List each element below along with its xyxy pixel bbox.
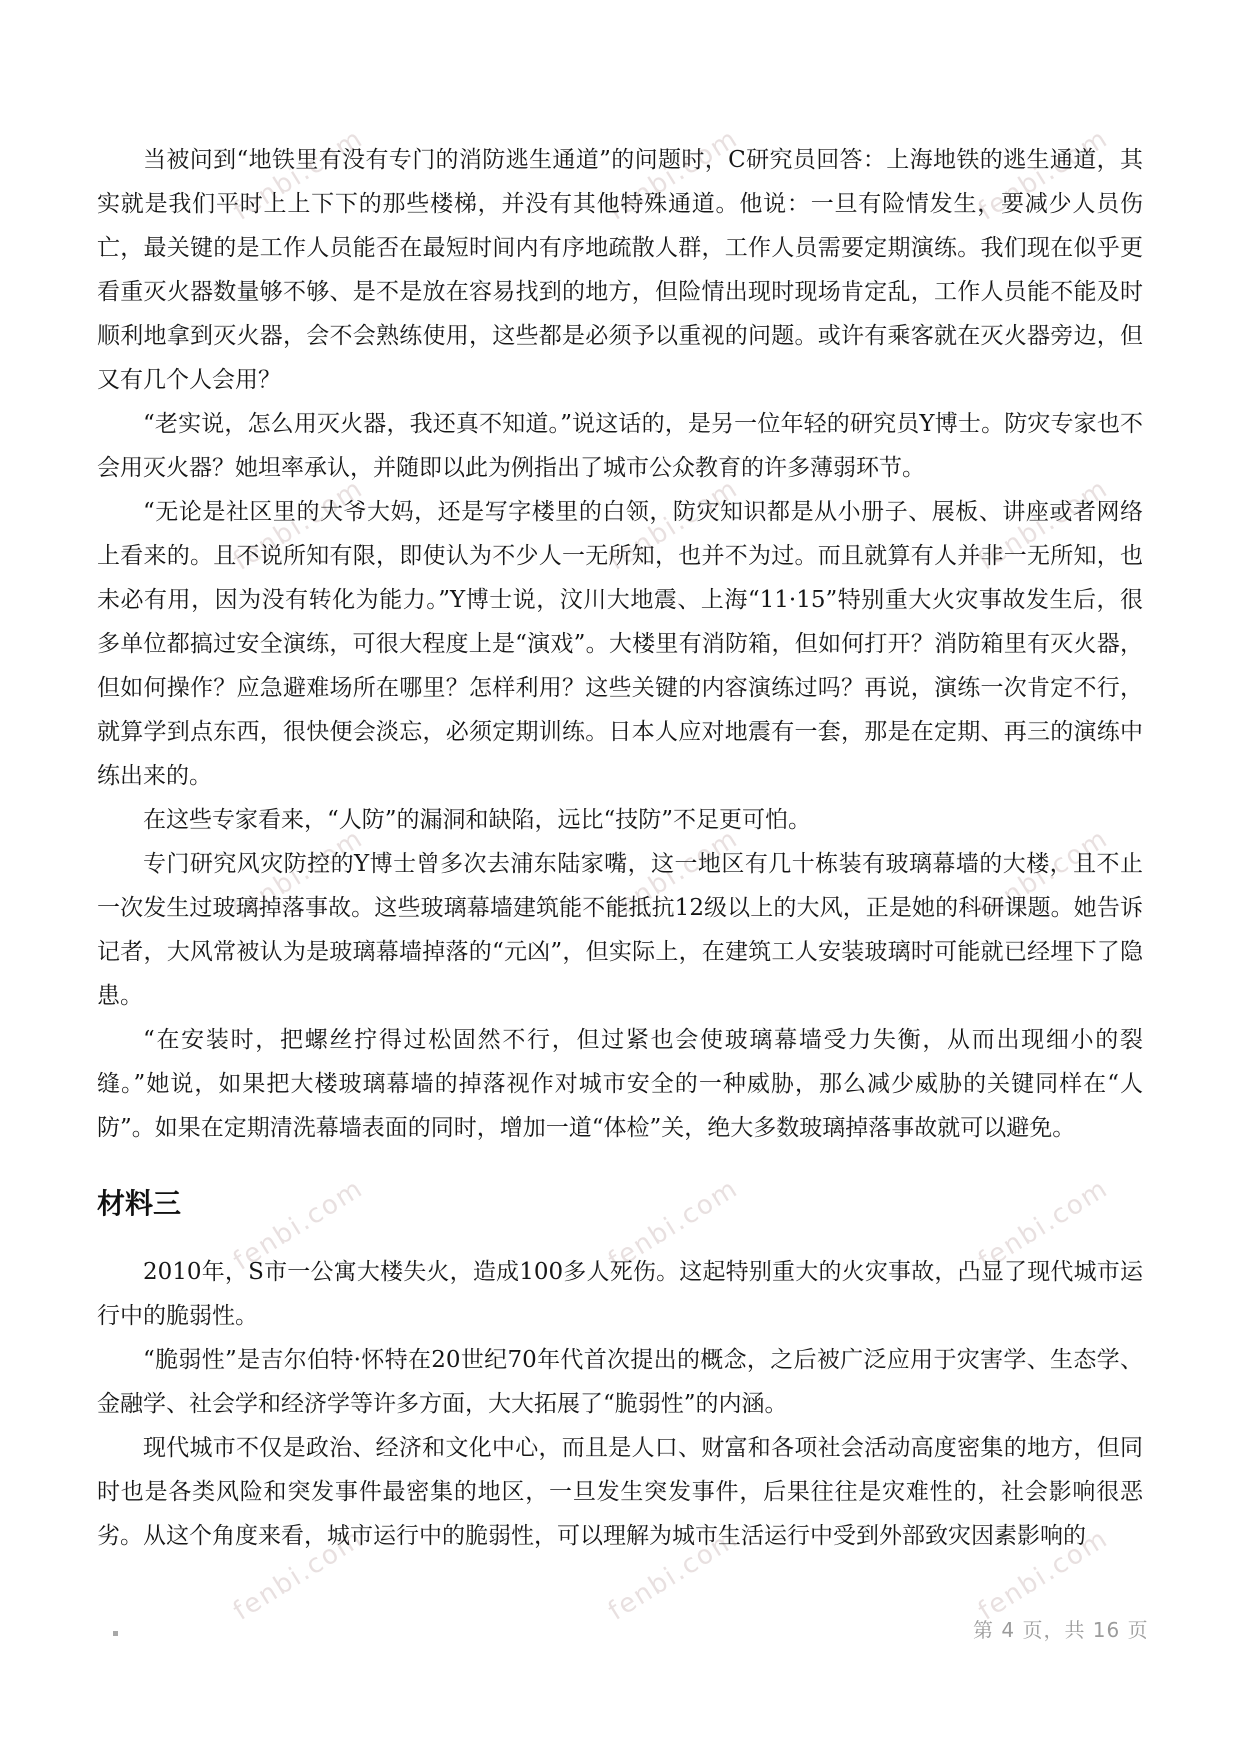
material-two-paragraphs: 当被问到“地铁里有没有专门的消防逃生通道”的问题时，C研究员回答：上海地铁的逃生… [97,138,1143,1150]
page-number: 第 4 页，共 16 页 [973,1616,1149,1644]
material-three-heading: 材料三 [97,1184,1143,1224]
footer-dot [113,1631,118,1636]
paragraph: 2010年，S市一公寓大楼失火，造成100多人死伤。这起特别重大的火灾事故，凸显… [97,1250,1143,1338]
paragraph: 在这些专家看来，“人防”的漏洞和缺陷，远比“技防”不足更可怕。 [97,798,1143,842]
paragraph: 专门研究风灾防控的Y博士曾多次去浦东陆家嘴，这一地区有几十栋装有玻璃幕墙的大楼，… [97,842,1143,1018]
document-content: 当被问到“地铁里有没有专门的消防逃生通道”的问题时，C研究员回答：上海地铁的逃生… [97,138,1143,1558]
paragraph: 当被问到“地铁里有没有专门的消防逃生通道”的问题时，C研究员回答：上海地铁的逃生… [97,138,1143,402]
document-page: fenbi.comfenbi.comfenbi.comfenbi.comfenb… [0,0,1240,1754]
paragraph: “在安装时，把螺丝拧得过松固然不行，但过紧也会使玻璃幕墙受力失衡，从而出现细小的… [97,1018,1143,1150]
paragraph: “老实说，怎么用灭火器，我还真不知道。”说这话的，是另一位年轻的研究员Y博士。防… [97,402,1143,490]
paragraph: “脆弱性”是吉尔伯特·怀特在20世纪70年代首次提出的概念，之后被广泛应用于灾害… [97,1338,1143,1426]
paragraph: “无论是社区里的大爷大妈，还是写字楼里的白领，防灾知识都是从小册子、展板、讲座或… [97,490,1143,798]
paragraph: 现代城市不仅是政治、经济和文化中心，而且是人口、财富和各项社会活动高度密集的地方… [97,1426,1143,1558]
material-three-paragraphs: 2010年，S市一公寓大楼失火，造成100多人死伤。这起特别重大的火灾事故，凸显… [97,1250,1143,1558]
